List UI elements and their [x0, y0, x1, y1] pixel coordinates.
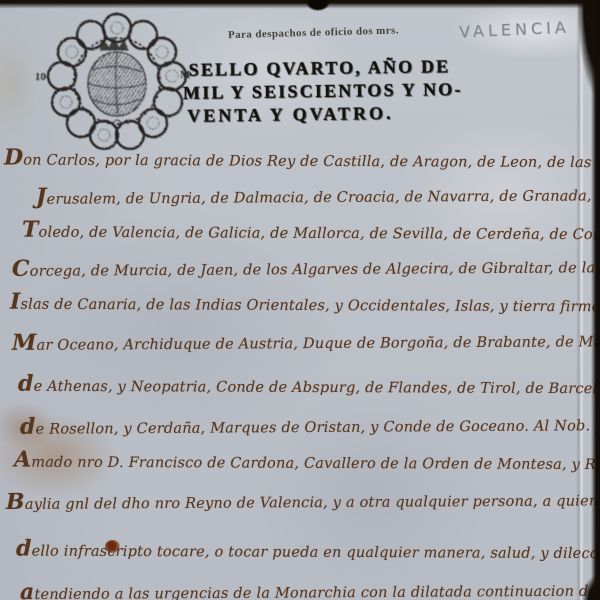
- manuscript-line: Mar Oceano, Archiduque de Austria, Duque…: [12, 326, 600, 356]
- manuscript-line: atendiendo a las urgencias de la Monarch…: [20, 575, 600, 600]
- seal-denomination-left: 10: [35, 71, 47, 83]
- document-photo: 10 M Para despachos de oficio dos mrs. S…: [0, 0, 600, 600]
- photo-corner-bottom-right: [582, 574, 600, 600]
- ink-blot: [105, 540, 120, 553]
- seal-rosette: 10 M: [35, 14, 191, 149]
- manuscript-line: Toledo, de Valencia, de Galicia, de Mall…: [22, 217, 600, 246]
- royal-seal-stamp: 10 M: [32, 8, 192, 150]
- manuscript-line: de Rosellon, y Cerdaña, Marques de Orist…: [20, 410, 600, 440]
- seal-coat-of-arms: [88, 38, 146, 128]
- manuscript-line: Corcega, de Murcia, de Jaen, de los Alga…: [12, 252, 600, 282]
- manuscript-line: Jerusalem, de Ungria, de Dalmacia, de Cr…: [36, 180, 600, 210]
- manuscript-line: dello infrascripto tocare, o tocar pueda…: [16, 535, 600, 564]
- manuscript-line: Amado nro D. Francisco de Cardona, Caval…: [14, 447, 600, 476]
- manuscript-line: Islas de Canaria, de las Indias Oriental…: [10, 289, 600, 318]
- photo-edge-top: [0, 0, 600, 11]
- tax-stamp-title: SELLO QVARTO, AÑO DE MIL Y SEISCIENTOS Y…: [183, 55, 464, 128]
- tax-stamp-title-line-3: VENTA Y QVATRO.: [187, 101, 463, 128]
- manuscript-line: de Athenas, y Neopatria, Conde de Abspur…: [18, 371, 600, 400]
- manuscript-line: Don Carlos, por la gracia de Dios Rey de…: [4, 144, 600, 173]
- photo-edge-right: [591, 0, 600, 600]
- manuscript-line: Baylia gnl del dho nro Reyno de Valencia…: [6, 485, 600, 515]
